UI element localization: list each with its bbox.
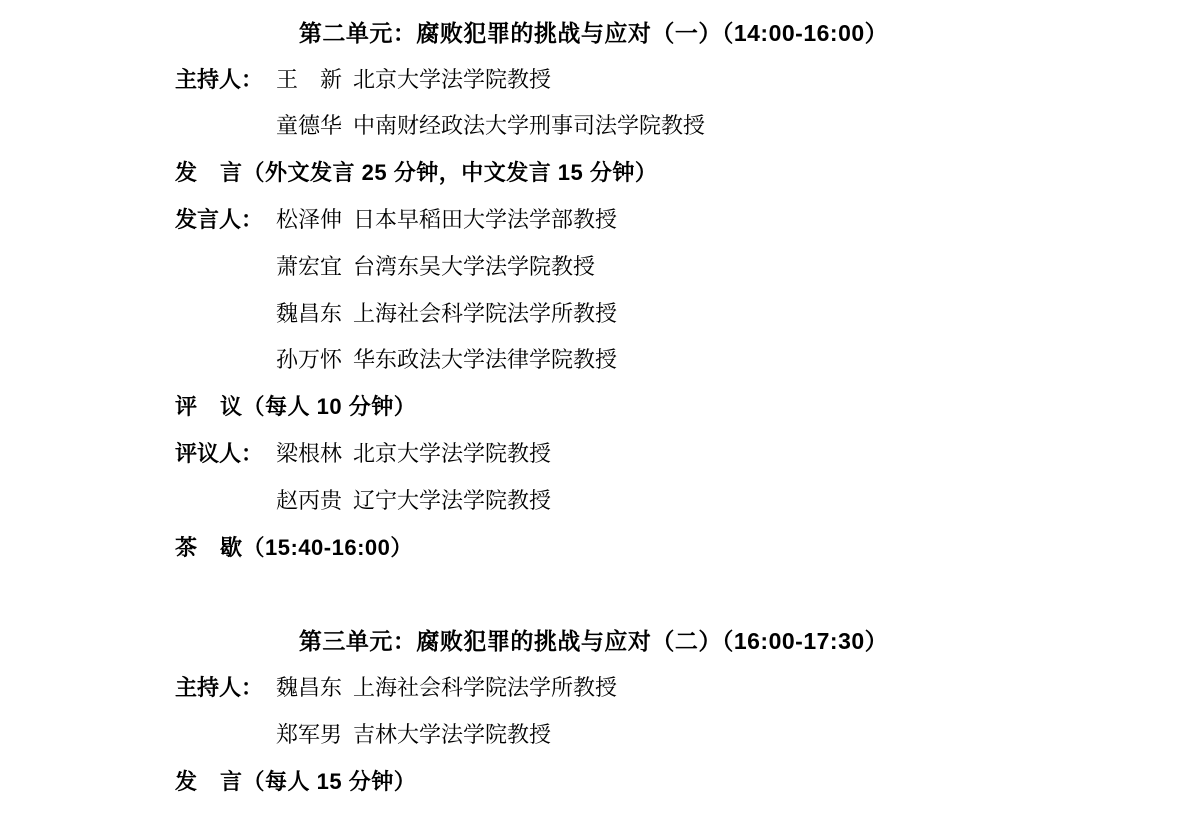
person-entry: 萧宏宜 台湾东吴大学法学院教授 <box>276 250 595 281</box>
person-affiliation: 华东政法大学法律学院教授 <box>353 343 617 374</box>
person-entry: 梁根林 北京大学法学院教授 <box>276 437 551 468</box>
person-affiliation: 上海社会科学院法学所教授 <box>353 671 617 702</box>
person-name: 赵丙贵 <box>276 484 342 515</box>
session-title: 第三单元：腐败犯罪的挑战与应对（二）（16:00-17:30） <box>299 623 888 656</box>
document-page: 第二单元：腐败犯罪的挑战与应对（一）（14:00-16:00） 主持人： 王 新… <box>0 0 1187 816</box>
person-affiliation: 北京大学法学院教授 <box>353 63 551 94</box>
commentator-row-continuation: 赵丙贵 辽宁大学法学院教授 <box>0 476 1187 523</box>
speaker-row-continuation: 孙万怀 华东政法大学法律学院教授 <box>0 336 1187 383</box>
person-entry: 郑军男 吉林大学法学院教授 <box>276 718 551 749</box>
chair-row-continuation: 郑军男 吉林大学法学院教授 <box>0 710 1187 757</box>
chair-label: 主持人： <box>175 671 276 702</box>
session-3: 第三单元：腐败犯罪的挑战与应对（二）（16:00-17:30） 主持人： 魏昌东… <box>0 616 1187 803</box>
speech-rule-text: 发 言（每人 15 分钟） <box>175 765 416 796</box>
person-entry: 童德华 中南财经政法大学刑事司法学院教授 <box>276 109 705 140</box>
person-affiliation: 北京大学法学院教授 <box>353 437 551 468</box>
person-name: 魏昌东 <box>276 297 342 328</box>
session-2-title-row: 第二单元：腐败犯罪的挑战与应对（一）（14:00-16:00） <box>0 8 1187 55</box>
person-name: 王 新 <box>276 63 342 94</box>
person-entry: 魏昌东 上海社会科学院法学所教授 <box>276 671 617 702</box>
commentator-row: 评议人： 梁根林 北京大学法学院教授 <box>0 429 1187 476</box>
person-entry: 赵丙贵 辽宁大学法学院教授 <box>276 484 551 515</box>
person-affiliation: 吉林大学法学院教授 <box>353 718 551 749</box>
chair-row: 主持人： 魏昌东 上海社会科学院法学所教授 <box>0 663 1187 710</box>
person-name: 童德华 <box>276 109 342 140</box>
person-affiliation: 中南财经政法大学刑事司法学院教授 <box>353 109 705 140</box>
chair-label: 主持人： <box>175 63 276 94</box>
tea-break-text: 茶 歇（15:40-16:00） <box>175 531 413 562</box>
speech-rule-row: 发 言（外文发言 25 分钟，中文发言 15 分钟） <box>0 148 1187 195</box>
person-entry: 魏昌东 上海社会科学院法学所教授 <box>276 297 617 328</box>
person-affiliation: 日本早稻田大学法学部教授 <box>353 203 617 234</box>
person-entry: 松泽伸 日本早稻田大学法学部教授 <box>276 203 617 234</box>
speaker-row: 发言人： 松泽伸 日本早稻田大学法学部教授 <box>0 195 1187 242</box>
comment-rule-row: 评 议（每人 10 分钟） <box>0 382 1187 429</box>
person-entry: 孙万怀 华东政法大学法律学院教授 <box>276 343 617 374</box>
person-name: 梁根林 <box>276 437 342 468</box>
commentator-label: 评议人： <box>175 437 276 468</box>
chair-row: 主持人： 王 新 北京大学法学院教授 <box>0 55 1187 102</box>
speech-rule-text: 发 言（外文发言 25 分钟，中文发言 15 分钟） <box>175 156 657 187</box>
person-affiliation: 上海社会科学院法学所教授 <box>353 297 617 328</box>
person-entry: 王 新 北京大学法学院教授 <box>276 63 551 94</box>
session-2: 第二单元：腐败犯罪的挑战与应对（一）（14:00-16:00） 主持人： 王 新… <box>0 8 1187 570</box>
chair-row-continuation: 童德华 中南财经政法大学刑事司法学院教授 <box>0 102 1187 149</box>
person-affiliation: 台湾东吴大学法学院教授 <box>353 250 595 281</box>
session-3-title-row: 第三单元：腐败犯罪的挑战与应对（二）（16:00-17:30） <box>0 616 1187 663</box>
person-name: 魏昌东 <box>276 671 342 702</box>
person-name: 郑军男 <box>276 718 342 749</box>
person-affiliation: 辽宁大学法学院教授 <box>353 484 551 515</box>
speaker-label: 发言人： <box>175 203 276 234</box>
person-name: 萧宏宜 <box>276 250 342 281</box>
person-name: 孙万怀 <box>276 343 342 374</box>
speaker-row-continuation: 萧宏宜 台湾东吴大学法学院教授 <box>0 242 1187 289</box>
tea-break-row: 茶 歇（15:40-16:00） <box>0 523 1187 570</box>
section-gap <box>0 570 1187 617</box>
session-title: 第二单元：腐败犯罪的挑战与应对（一）（14:00-16:00） <box>299 15 888 48</box>
speech-rule-row: 发 言（每人 15 分钟） <box>0 757 1187 804</box>
person-name: 松泽伸 <box>276 203 342 234</box>
speaker-row-continuation: 魏昌东 上海社会科学院法学所教授 <box>0 289 1187 336</box>
comment-rule-text: 评 议（每人 10 分钟） <box>175 390 416 421</box>
